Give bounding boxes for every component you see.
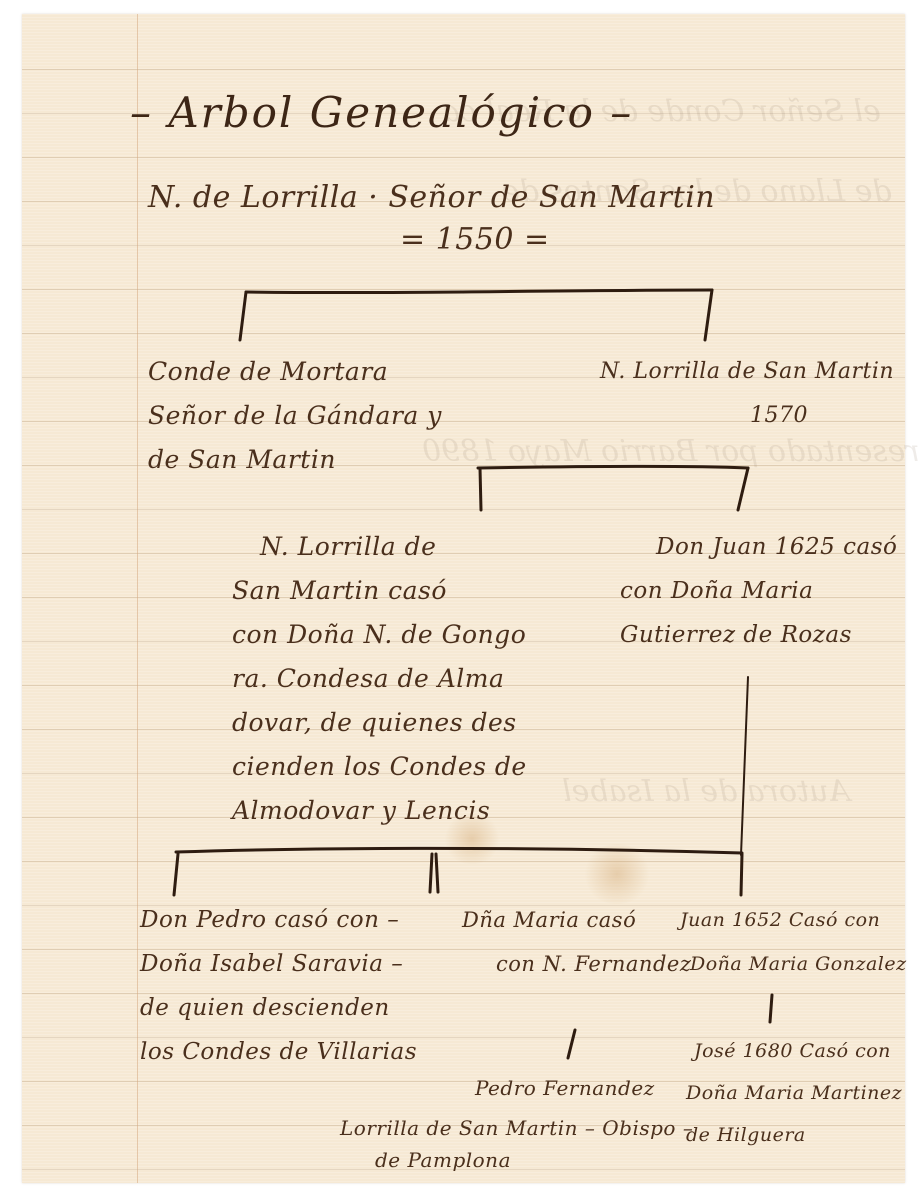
text-line: ra. Condesa de Alma (232, 657, 527, 701)
text-line: cienden los Condes de (232, 745, 527, 789)
document-title: – Arbol Genealógico – (130, 88, 633, 137)
text-line: de Pamplona (340, 1148, 693, 1172)
text-line: Don Juan 1625 casó (620, 525, 897, 569)
text-line: Juan 1652 Casó con (680, 898, 907, 942)
text-line: de quien descienden (140, 986, 417, 1030)
text-line: 1570 (600, 394, 894, 438)
gen4-left-entry: Don Pedro casó con – Doña Isabel Saravia… (140, 898, 417, 1074)
text-line: Doña Maria Martinez (686, 1072, 902, 1114)
gen4-middle-entry: Dña Maria casó con N. Fernandez (462, 898, 691, 986)
root-ancestor-year: = 1550 = (400, 222, 550, 257)
text-line: Doña Maria Gonzalez (680, 942, 907, 986)
text-line: con Doña N. de Gongo (232, 613, 527, 657)
gen3-left-entry: N. Lorrilla de San Martin casó con Doña … (232, 525, 527, 833)
text-line: Don Pedro casó con – (140, 898, 417, 942)
text-line: Pedro Fernandez (340, 1068, 693, 1108)
text-line: San Martin casó (232, 569, 527, 613)
root-ancestor-name: N. de Lorrilla · Señor de San Martin (148, 180, 715, 215)
margin-rule (137, 14, 138, 1183)
text-line: Almodovar y Lencis (232, 789, 527, 833)
text-line: Gutierrez de Rozas (620, 613, 897, 657)
gen5-middle-entry: Pedro Fernandez Lorrilla de San Martin –… (340, 1068, 693, 1172)
text-line: con Doña Maria (620, 569, 897, 613)
text-line: N. Lorrilla de San Martin (600, 350, 894, 394)
show-through-text: Autora de la Isabel (562, 774, 850, 809)
gen5-right-entry: José 1680 Casó con Doña Maria Martinez d… (686, 1030, 902, 1156)
text-line: N. Lorrilla de (232, 525, 527, 569)
text-line: de Hilguera (686, 1114, 902, 1156)
text-line: José 1680 Casó con (686, 1030, 902, 1072)
text-line: Lorrilla de San Martin – Obispo – (340, 1108, 693, 1148)
gen2-left-entry: Conde de Mortara Señor de la Gándara y d… (148, 350, 442, 482)
text-line: de San Martin (148, 438, 442, 482)
gen4-right-entry: Juan 1652 Casó con Doña Maria Gonzalez (680, 898, 907, 986)
text-line: con N. Fernandez (462, 942, 691, 986)
gen2-right-entry: N. Lorrilla de San Martin 1570 (600, 350, 894, 438)
text-line: Señor de la Gándara y (148, 394, 442, 438)
gen3-right-entry: Don Juan 1625 casó con Doña Maria Gutier… (620, 525, 897, 657)
paper-stain (582, 844, 652, 904)
show-through-text: presentado por Barrio Mayo 1890 (422, 434, 920, 469)
text-line: Doña Isabel Saravia – (140, 942, 417, 986)
text-line: dovar, de quienes des (232, 701, 527, 745)
text-line: Conde de Mortara (148, 350, 442, 394)
text-line: Dña Maria casó (462, 898, 691, 942)
